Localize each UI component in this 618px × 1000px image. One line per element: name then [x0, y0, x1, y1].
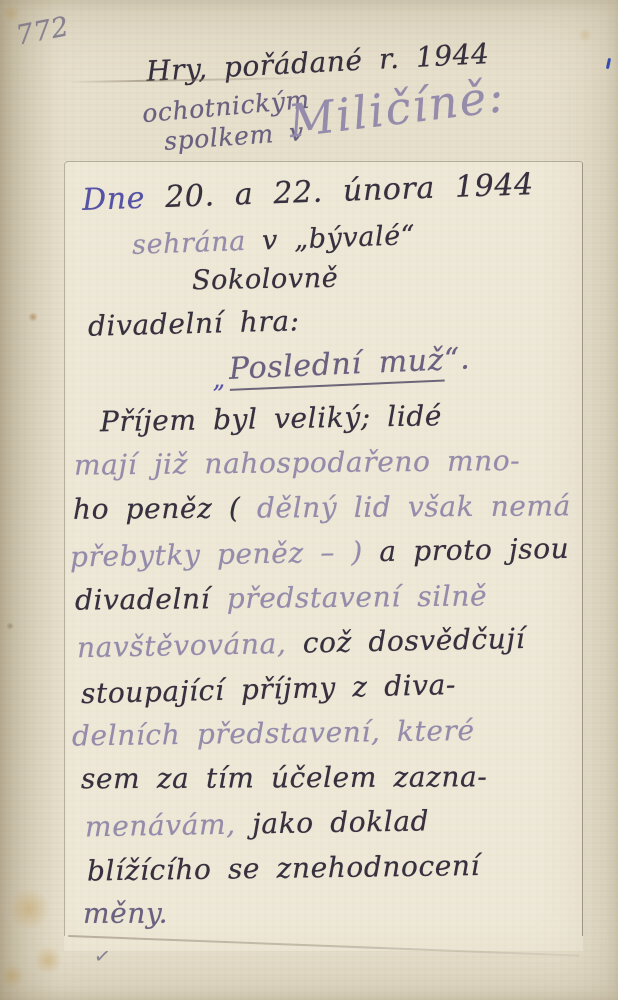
note-line-play-intro: divadelní hra: — [88, 304, 300, 343]
checkmark: ✓ — [92, 943, 112, 969]
handwriting-segment: ho peněz ( — [73, 491, 257, 525]
handwriting-line: sem za tím účelem zazna- — [81, 756, 581, 804]
handwriting-line: mají již nahospodařeno mno- — [74, 439, 581, 489]
handwriting-segment: divadelní — [75, 582, 227, 617]
place-name: Miličíně: — [286, 69, 508, 148]
handwriting-line: menávám, jako doklad — [85, 798, 582, 852]
spine-shadow — [0, 0, 58, 1000]
note-body: Příjem byl veliký; lidémají již nahospod… — [68, 397, 581, 937]
play-title-text: Poslední muž — [228, 343, 445, 391]
stain-spot — [8, 888, 50, 930]
note-line-sokolovna: Sokolovně — [192, 263, 339, 297]
handwriting-segment: mají již nahospodařeno mno- — [74, 444, 521, 482]
page-number: 772 — [14, 11, 72, 52]
play-title: „Poslední muž“. — [211, 341, 471, 393]
pasted-note-sheet: Dne 20. a 22. února 1944 sehrána v „býva… — [64, 161, 583, 951]
stain-spot — [6, 622, 14, 630]
handwriting-segment: měny. — [83, 897, 168, 930]
venue-part1: sehrána — [132, 225, 263, 261]
play-title-close: “. — [443, 341, 471, 377]
handwriting-segment: delních představení, které — [72, 714, 475, 753]
handwriting-segment: jako doklad — [252, 804, 430, 840]
date-lead: Dne — [82, 181, 146, 218]
handwriting-segment: což dosvědčují — [302, 622, 525, 660]
handwriting-segment: a proto jsou — [379, 532, 569, 568]
handwriting-line: divadelní představení silně — [75, 574, 581, 624]
play-title-open-quote: „ — [212, 365, 226, 394]
sheet-bottom-line — [68, 935, 580, 957]
handwriting-segment: menávám, — [85, 807, 253, 843]
date-rest: 20. a 22. února 1944 — [165, 167, 535, 215]
handwriting-line: delních představení, které — [72, 708, 582, 760]
handwriting-segment: přebytky peněz – ) — [70, 535, 380, 573]
blue-ink-mark — [606, 58, 611, 69]
handwriting-line: blížícího se znehodnocení — [87, 844, 582, 896]
stain-spot — [0, 964, 24, 988]
handwriting-segment: představení silně — [227, 579, 488, 615]
venue-part2: v „bývalé“ — [262, 220, 416, 256]
handwriting-segment: blížícího se znehodnocení — [87, 849, 481, 887]
stain-spot — [34, 946, 62, 974]
album-photo: { "palette": { "paper": "#e7e0cd", "shee… — [0, 0, 618, 1000]
note-line-venue: sehrána v „bývalé“ — [132, 220, 416, 261]
handwriting-line: přebytky peněz – ) a proto jsou — [70, 528, 582, 582]
handwriting-segment: navštěvována, — [77, 627, 304, 665]
handwriting-line: ho peněz ( dělný lid však nemá — [73, 485, 581, 534]
handwriting-segment: dělný lid však nemá — [257, 489, 571, 524]
handwriting-line: měny. — [83, 891, 581, 938]
stain-spot — [28, 312, 38, 322]
stain-spot — [578, 28, 592, 42]
handwriting-line: Příjem byl veliký; lidé — [100, 393, 582, 446]
handwriting-segment: Příjem byl veliký; lidé — [100, 399, 443, 438]
note-date-line: Dne 20. a 22. února 1944 — [82, 167, 535, 218]
stain-spot — [2, 4, 20, 22]
handwriting-segment: sem za tím účelem zazna- — [81, 760, 488, 795]
handwriting-segment: stoupající příjmy z diva- — [81, 668, 457, 710]
